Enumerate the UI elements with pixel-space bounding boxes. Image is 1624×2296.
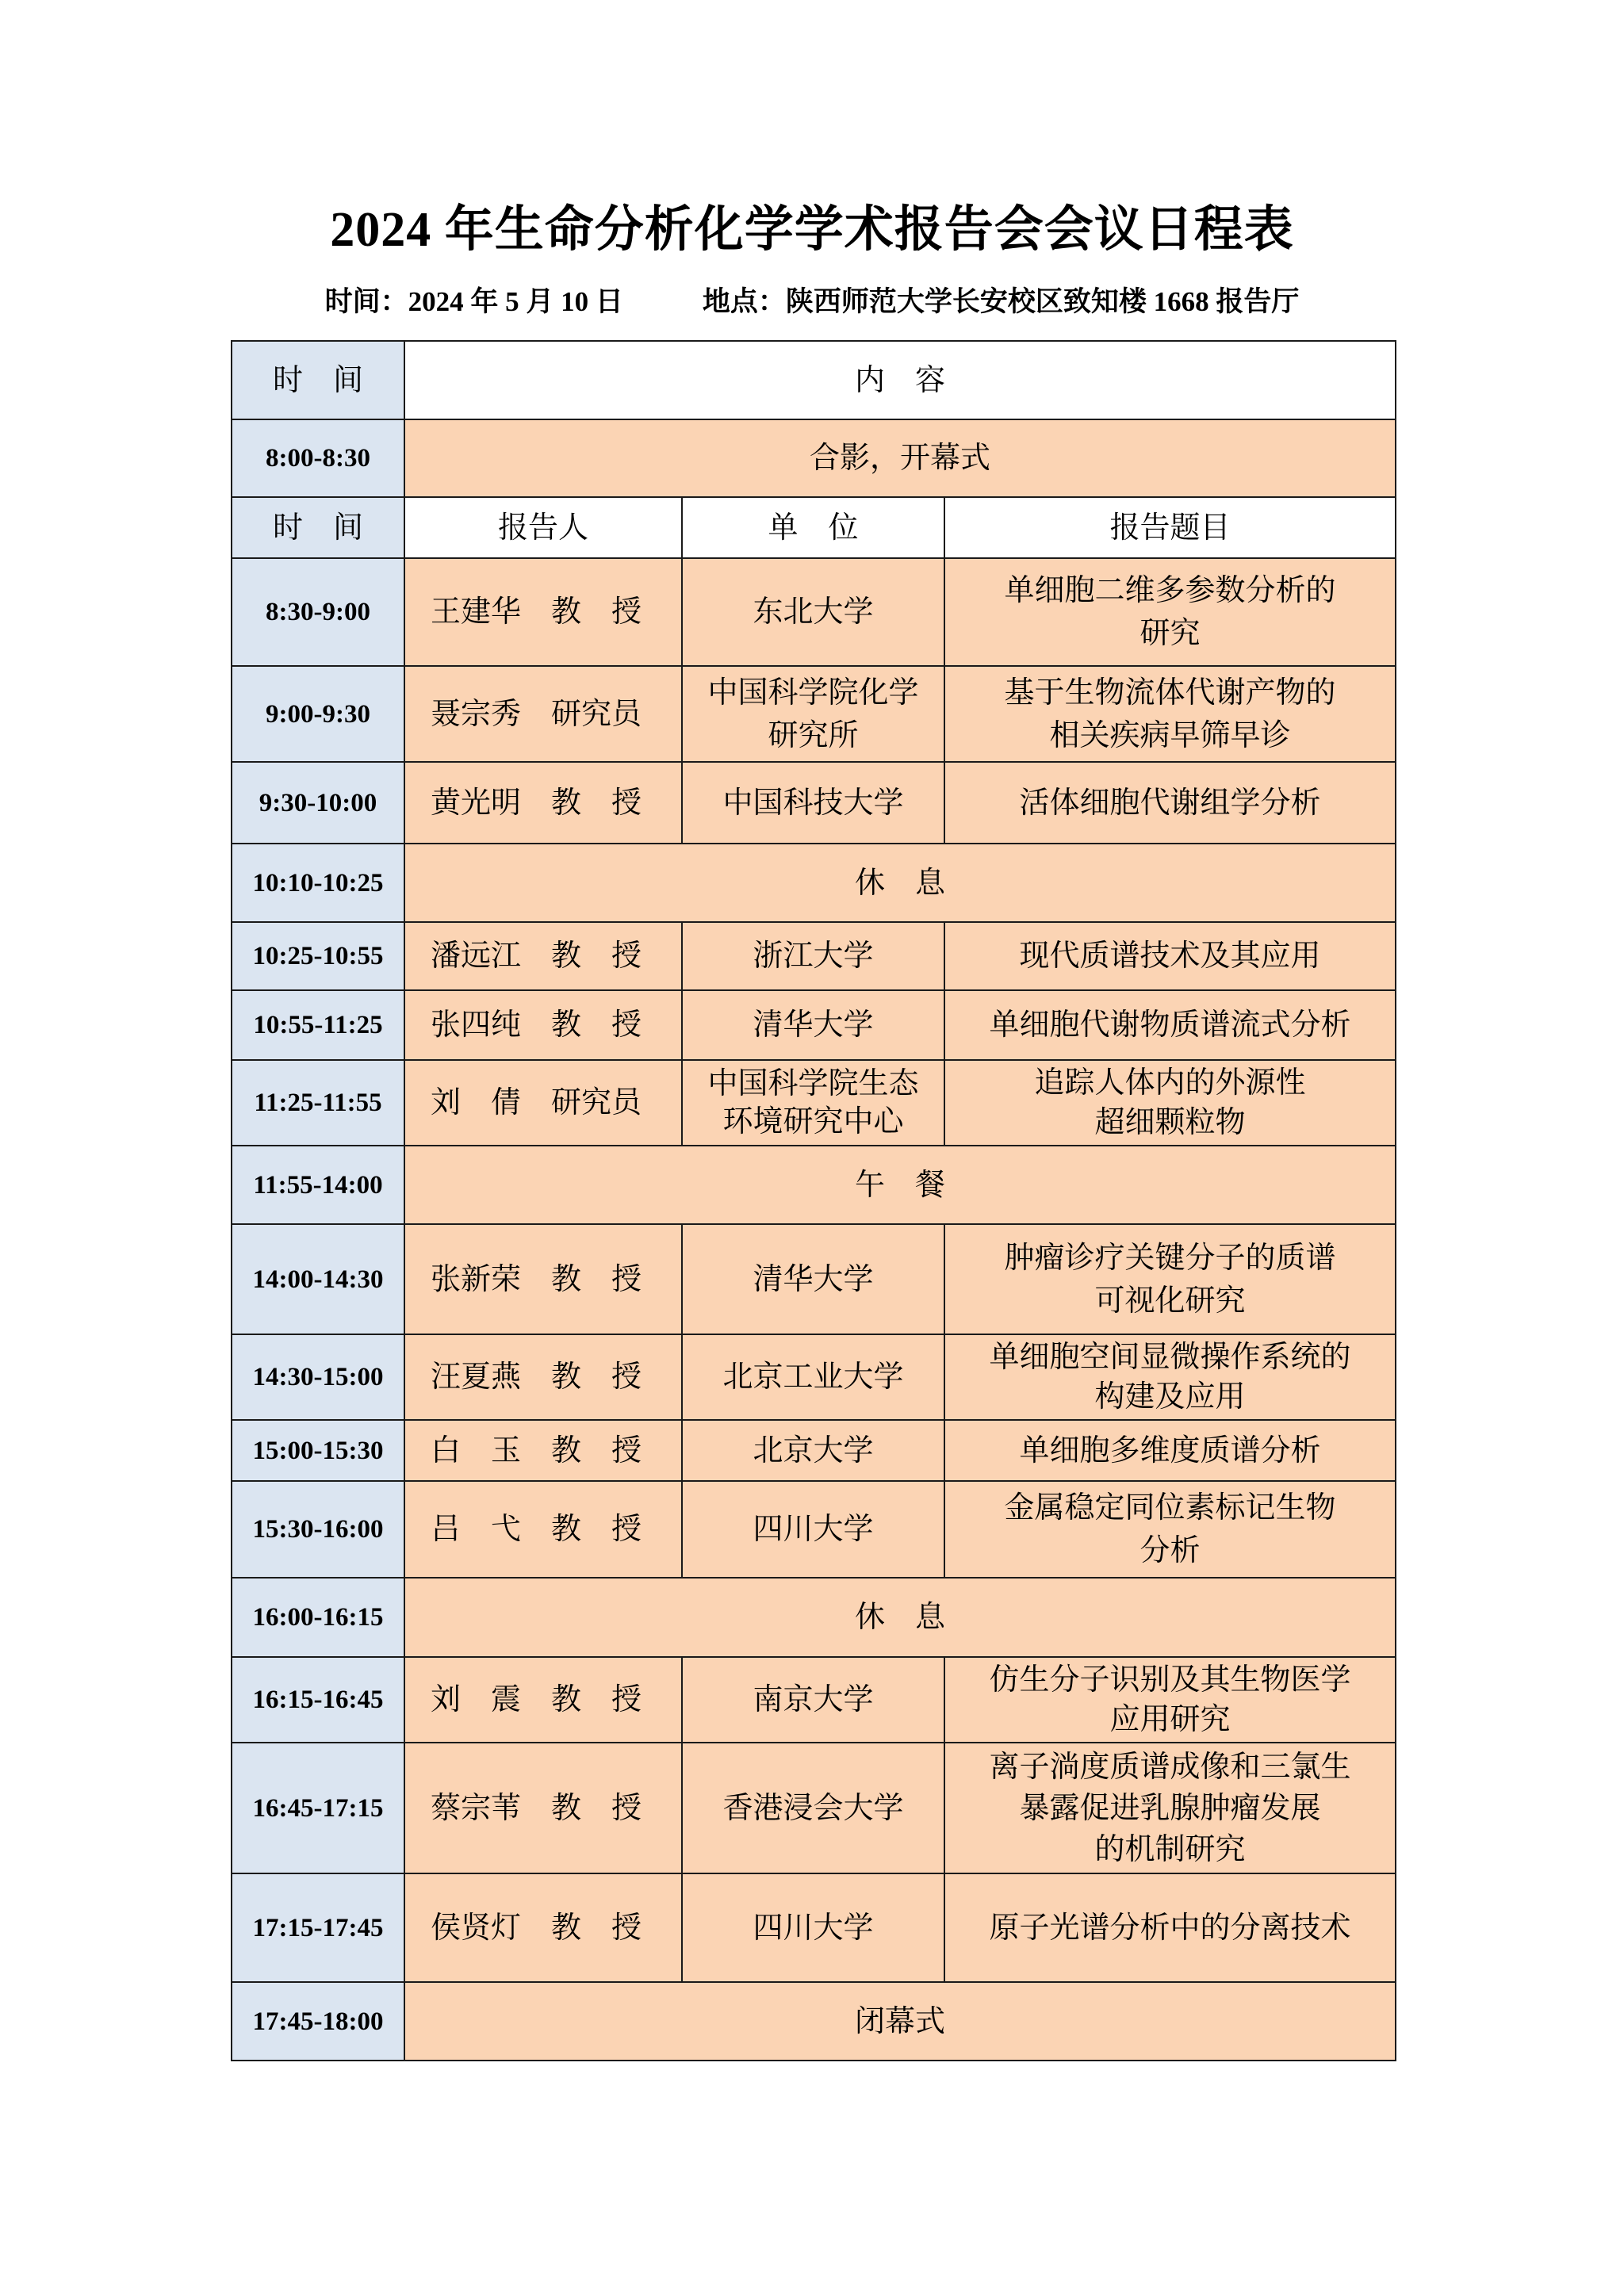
table-row: 9:30-10:00 黄光明 教 授 中国科技大学 活体细胞代谢组学分析 [232, 762, 1396, 844]
row-topic: 活体细胞代谢组学分析 [944, 762, 1396, 844]
row-topic: 单细胞二维多参数分析的研究 [944, 558, 1396, 666]
row-speaker: 黄光明 教 授 [404, 762, 682, 844]
row-institution: 香港浸会大学 [682, 1743, 944, 1873]
break-row: 16:00-16:15 休 息 [232, 1578, 1396, 1657]
row-time: 11:55-14:00 [232, 1146, 404, 1224]
row-institution: 中国科学院化学研究所 [682, 666, 944, 762]
row-topic: 原子光谱分析中的分离技术 [944, 1873, 1396, 1982]
row-time: 8:30-9:00 [232, 558, 404, 666]
table-row: 15:00-15:30 白 玉 教 授 北京大学 单细胞多维度质谱分析 [232, 1420, 1396, 1481]
row-speaker: 王建华 教 授 [404, 558, 682, 666]
table-row: 11:25-11:55 刘 倩 研究员 中国科学院生态环境研究中心 追踪人体内的… [232, 1060, 1396, 1146]
row-speaker: 张新荣 教 授 [404, 1224, 682, 1334]
row-topic: 现代质谱技术及其应用 [944, 922, 1396, 990]
row-time: 17:15-17:45 [232, 1873, 404, 1982]
break-content: 休 息 [404, 1578, 1396, 1657]
row-time: 11:25-11:55 [232, 1060, 404, 1146]
row-time: 17:45-18:00 [232, 1982, 404, 2061]
row-speaker: 刘 倩 研究员 [404, 1060, 682, 1146]
row-topic: 单细胞空间显微操作系统的构建及应用 [944, 1334, 1396, 1420]
column-header-row: 时 间 报告人 单 位 报告题目 [232, 497, 1396, 558]
row-time: 9:30-10:00 [232, 762, 404, 844]
table-row: 17:15-17:45 侯贤灯 教 授 四川大学 原子光谱分析中的分离技术 [232, 1873, 1396, 1982]
row-time: 16:15-16:45 [232, 1657, 404, 1743]
table-row: 15:30-16:00 吕 弋 教 授 四川大学 金属稳定同位素标记生物分析 [232, 1481, 1396, 1578]
row-speaker: 刘 震 教 授 [404, 1657, 682, 1743]
row-speaker: 潘远江 教 授 [404, 922, 682, 990]
table-row: 14:30-15:00 汪夏燕 教 授 北京工业大学 单细胞空间显微操作系统的构… [232, 1334, 1396, 1420]
lunch-content: 午 餐 [404, 1146, 1396, 1224]
row-speaker: 汪夏燕 教 授 [404, 1334, 682, 1420]
header-time: 时 间 [232, 341, 404, 419]
table-row: 10:25-10:55 潘远江 教 授 浙江大学 现代质谱技术及其应用 [232, 922, 1396, 990]
row-topic: 追踪人体内的外源性超细颗粒物 [944, 1060, 1396, 1146]
row-institution: 四川大学 [682, 1481, 944, 1578]
row-time: 15:30-16:00 [232, 1481, 404, 1578]
table-row: 16:45-17:15 蔡宗苇 教 授 香港浸会大学 离子淌度质谱成像和三氯生暴… [232, 1743, 1396, 1873]
row-speaker: 吕 弋 教 授 [404, 1481, 682, 1578]
table-row: 9:00-9:30 聂宗秀 研究员 中国科学院化学研究所 基于生物流体代谢产物的… [232, 666, 1396, 762]
row-topic: 单细胞多维度质谱分析 [944, 1420, 1396, 1481]
lunch-row: 11:55-14:00 午 餐 [232, 1146, 1396, 1224]
break-row: 10:10-10:25 休 息 [232, 844, 1396, 922]
row-time: 9:00-9:30 [232, 666, 404, 762]
page-title: 2024 年生命分析化学学术报告会会议日程表 [0, 198, 1624, 262]
row-time: 16:45-17:15 [232, 1743, 404, 1873]
row-topic: 仿生分子识别及其生物医学应用研究 [944, 1657, 1396, 1743]
row-topic: 肿瘤诊疗关键分子的质谱可视化研究 [944, 1224, 1396, 1334]
row-time: 10:25-10:55 [232, 922, 404, 990]
row-topic: 单细胞代谢物质谱流式分析 [944, 990, 1396, 1060]
row-institution: 北京大学 [682, 1420, 944, 1481]
row-institution: 四川大学 [682, 1873, 944, 1982]
row-topic: 基于生物流体代谢产物的相关疾病早筛早诊 [944, 666, 1396, 762]
header-content: 内 容 [404, 341, 1396, 419]
row-topic: 离子淌度质谱成像和三氯生暴露促进乳腺肿瘤发展的机制研究 [944, 1743, 1396, 1873]
table-row: 10:55-11:25 张四纯 教 授 清华大学 单细胞代谢物质谱流式分析 [232, 990, 1396, 1060]
event-date: 时间：2024 年 5 月 10 日 [325, 286, 623, 317]
row-institution: 清华大学 [682, 1224, 944, 1334]
row-institution: 南京大学 [682, 1657, 944, 1743]
table-row: 8:30-9:00 王建华 教 授 东北大学 单细胞二维多参数分析的研究 [232, 558, 1396, 666]
closing-content: 闭幕式 [404, 1982, 1396, 2061]
row-time: 10:10-10:25 [232, 844, 404, 922]
opening-content: 合影，开幕式 [404, 419, 1396, 497]
closing-row: 17:45-18:00 闭幕式 [232, 1982, 1396, 2061]
opening-time: 8:00-8:30 [232, 419, 404, 497]
row-time: 16:00-16:15 [232, 1578, 404, 1657]
table-row: 14:00-14:30 张新荣 教 授 清华大学 肿瘤诊疗关键分子的质谱可视化研… [232, 1224, 1396, 1334]
opening-row: 8:00-8:30 合影，开幕式 [232, 419, 1396, 497]
row-institution: 浙江大学 [682, 922, 944, 990]
row-time: 14:00-14:30 [232, 1224, 404, 1334]
row-speaker: 侯贤灯 教 授 [404, 1873, 682, 1982]
row-speaker: 聂宗秀 研究员 [404, 666, 682, 762]
event-venue: 地点：陕西师范大学长安校区致知楼 1668 报告厅 [703, 286, 1300, 317]
row-speaker: 张四纯 教 授 [404, 990, 682, 1060]
row-speaker: 蔡宗苇 教 授 [404, 1743, 682, 1873]
break-content: 休 息 [404, 844, 1396, 922]
row-topic: 金属稳定同位素标记生物分析 [944, 1481, 1396, 1578]
col-header-time: 时 间 [232, 497, 404, 558]
event-info: 时间：2024 年 5 月 10 日地点：陕西师范大学长安校区致知楼 1668 … [0, 282, 1624, 322]
table-row: 16:15-16:45 刘 震 教 授 南京大学 仿生分子识别及其生物医学应用研… [232, 1657, 1396, 1743]
row-time: 14:30-15:00 [232, 1334, 404, 1420]
row-institution: 东北大学 [682, 558, 944, 666]
col-header-topic: 报告题目 [944, 497, 1396, 558]
schedule-table: 时 间 内 容 8:00-8:30 合影，开幕式 时 间 报告人 单 位 报告题… [231, 340, 1396, 2061]
row-institution: 中国科技大学 [682, 762, 944, 844]
row-institution: 中国科学院生态环境研究中心 [682, 1060, 944, 1146]
row-institution: 北京工业大学 [682, 1334, 944, 1420]
col-header-institution: 单 位 [682, 497, 944, 558]
table-header-row: 时 间 内 容 [232, 341, 1396, 419]
row-speaker: 白 玉 教 授 [404, 1420, 682, 1481]
row-time: 15:00-15:30 [232, 1420, 404, 1481]
row-time: 10:55-11:25 [232, 990, 404, 1060]
row-institution: 清华大学 [682, 990, 944, 1060]
col-header-speaker: 报告人 [404, 497, 682, 558]
